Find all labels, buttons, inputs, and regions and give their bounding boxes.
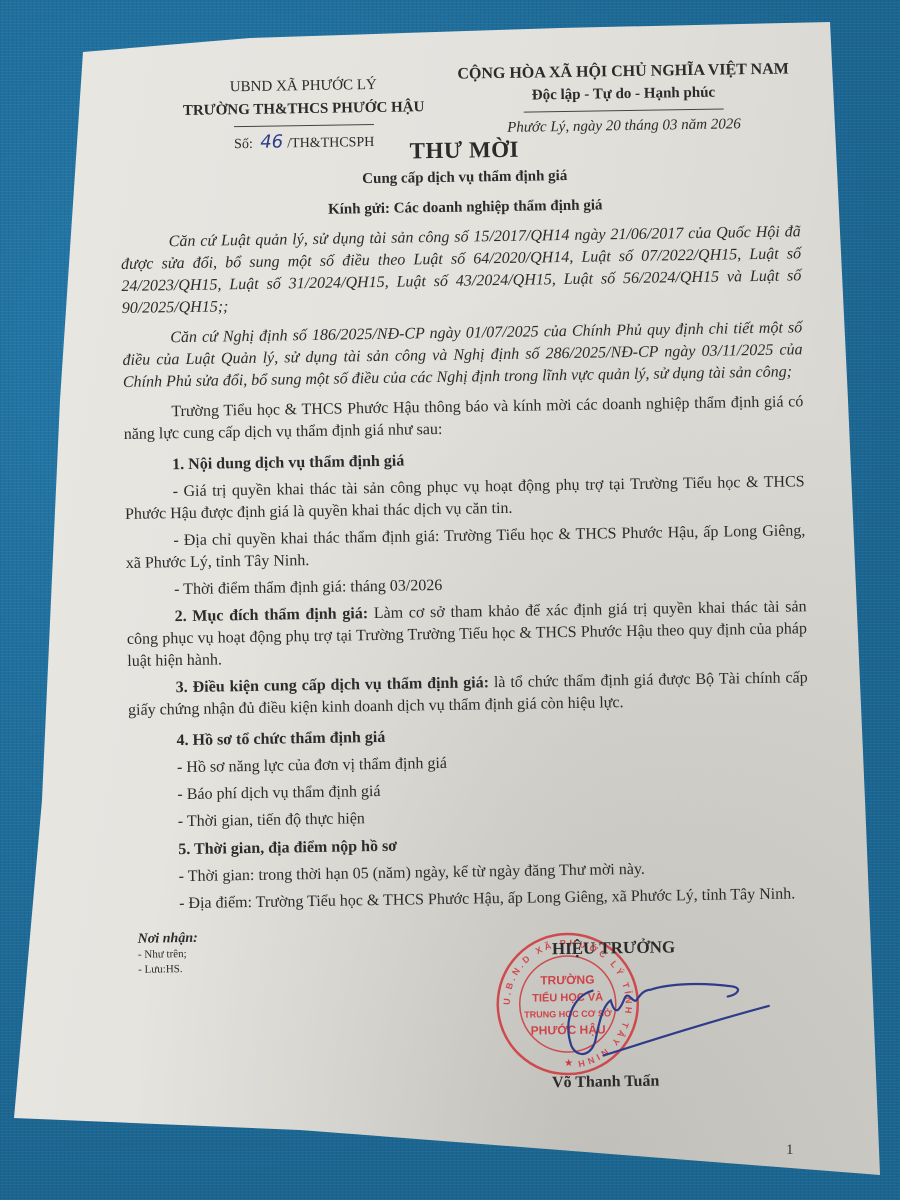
- section-3: 3. Điều kiện cung cấp dịch vụ thẩm định …: [128, 667, 809, 722]
- section-1-item: - Địa chỉ quyền khai thác thẩm định giá:…: [125, 520, 806, 575]
- document-body: Căn cứ Luật quản lý, sử dụng tài sản côn…: [121, 221, 812, 921]
- divider: [524, 108, 724, 112]
- signer-name: Võ Thanh Tuấn: [552, 1070, 660, 1095]
- national-header: CỘNG HÒA XÃ HỘI CHỦ NGHĨA VIỆT NAM Độc l…: [433, 57, 814, 141]
- handwritten-signature-icon: [532, 958, 774, 1072]
- signature-block: Nơi nhận: - Như trên; - Lưu:HS. U.B.N.D …: [132, 917, 815, 1108]
- divider: [234, 124, 374, 127]
- legal-basis-2: Căn cứ Nghị định số 186/2025/NĐ-CP ngày …: [122, 317, 803, 394]
- recipient-item: - Như trên;: [138, 947, 187, 963]
- section-3-title: 3. Điều kiện cung cấp dịch vụ thẩm định …: [176, 674, 490, 696]
- section-5-item: - Địa điểm: Trường Tiểu học & THCS Phước…: [131, 883, 811, 916]
- signer-position: HIỆU TRƯỞNG: [552, 935, 676, 960]
- school-name: TRƯỜNG TH&THCS PHƯỚC HẬU: [169, 96, 439, 123]
- section-2: 2. Mục đích thẩm định giá: Làm cơ sở tha…: [126, 596, 807, 673]
- section-1-item: - Giá trị quyền khai thác tài sản công p…: [125, 471, 806, 526]
- legal-basis-1: Căn cứ Luật quản lý, sử dụng tài sản côn…: [121, 221, 802, 320]
- section-2-title: 2. Mục đích thẩm định giá:: [174, 605, 368, 625]
- recipients-list: - Như trên; - Lưu:HS.: [138, 947, 187, 978]
- recipient-item: - Lưu:HS.: [138, 962, 187, 978]
- intro-paragraph: Trường Tiểu học & THCS Phước Hậu thông b…: [123, 391, 804, 446]
- page-number: 1: [786, 1142, 794, 1159]
